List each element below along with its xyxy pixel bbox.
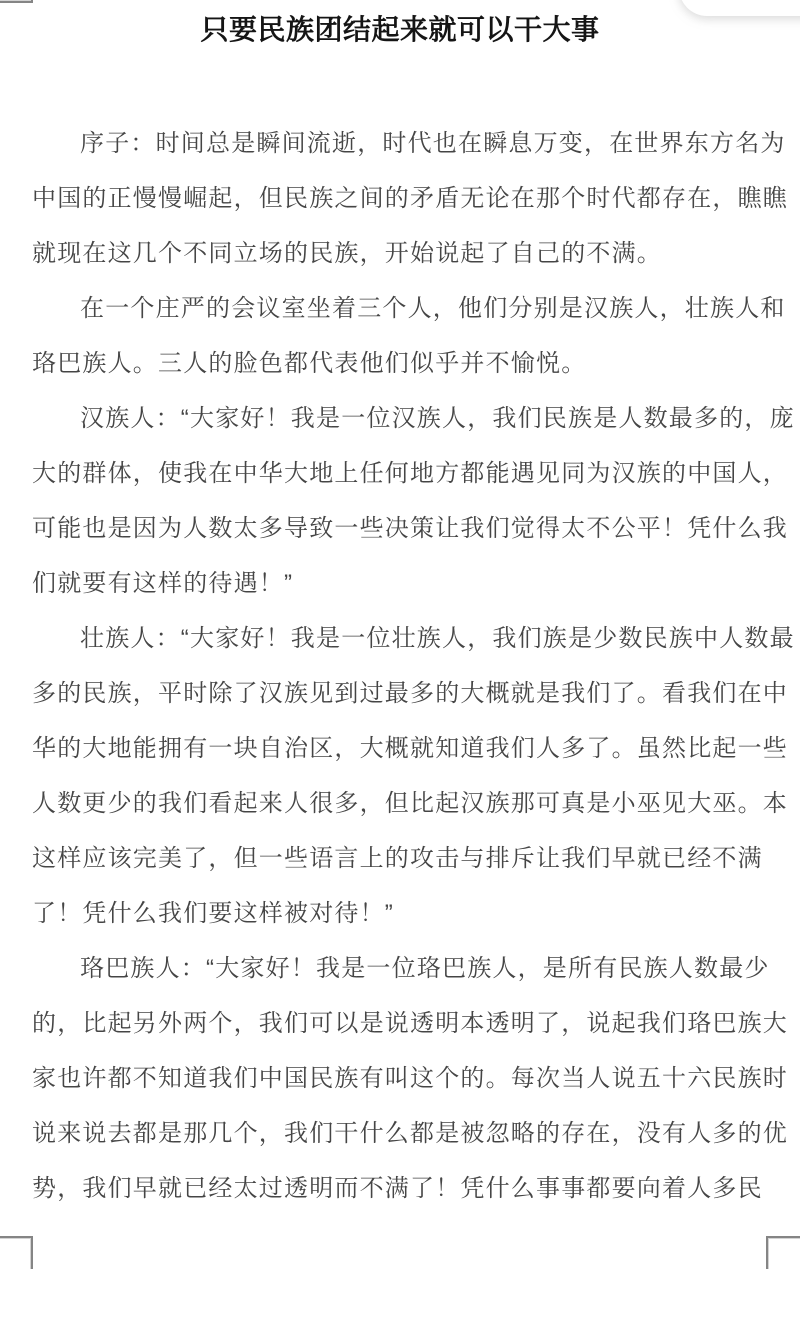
text-line: 多的民族，平时除了汉族见到过最多的大概就是我们了。看我们在中 xyxy=(32,666,794,721)
text-line: 家也许都不知道我们中国民族有叫这个的。每次当人说五十六民族时 xyxy=(32,1051,794,1106)
text-line: 了！凭什么我们要这样被对待！” xyxy=(32,886,794,941)
text-line: 序子：时间总是瞬间流逝，时代也在瞬息万变，在世界东方名为 xyxy=(32,116,794,171)
text-line: 中国的正慢慢崛起，但民族之间的矛盾无论在那个时代都存在，瞧瞧 xyxy=(32,171,794,226)
text-line: 人数更少的我们看起来人很多，但比起汉族那可真是小巫见大巫。本 xyxy=(32,776,794,831)
text-line: 汉族人：“大家好！我是一位汉族人，我们民族是人数最多的，庞 xyxy=(32,391,794,446)
text-line: 大的群体，使我在中华大地上任何地方都能遇见同为汉族的中国人， xyxy=(32,446,794,501)
text-line: 说来说去都是那几个，我们干什么都是被忽略的存在，没有人多的优 xyxy=(32,1106,794,1161)
text-line: 这样应该完美了，但一些语言上的攻击与排斥让我们早就已经不满 xyxy=(32,831,794,886)
text-boundary-mark-top-left xyxy=(0,0,33,3)
text-line: 珞巴族人：“大家好！我是一位珞巴族人，是所有民族人数最少 xyxy=(32,941,794,996)
text-line: 华的大地能拥有一块自治区，大概就知道我们人多了。虽然比起一些 xyxy=(32,721,794,776)
text-line: 就现在这几个不同立场的民族，开始说起了自己的不满。 xyxy=(32,226,794,281)
text-line: 们就要有这样的待遇！” xyxy=(32,556,794,611)
document-title: 只要民族团结起来就可以干大事 xyxy=(0,10,800,50)
text-boundary-mark-bottom-right xyxy=(766,1236,800,1269)
text-line: 在一个庄严的会议室坐着三个人，他们分别是汉族人，壮族人和 xyxy=(32,281,794,336)
text-line: 可能也是因为人数太多导致一些决策让我们觉得太不公平！凭什么我 xyxy=(32,501,794,556)
document-body: 序子：时间总是瞬间流逝，时代也在瞬息万变，在世界东方名为中国的正慢慢崛起，但民族… xyxy=(32,116,794,1216)
text-line: 的，比起另外两个，我们可以是说透明本透明了，说起我们珞巴族大 xyxy=(32,996,794,1051)
document-page: { "document": { "title": "只要民族团结起来就可以干大事… xyxy=(0,0,800,1340)
text-line: 珞巴族人。三人的脸色都代表他们似乎并不愉悦。 xyxy=(32,336,794,391)
text-line: 势，我们早就已经太过透明而不满了！凭什么事事都要向着人多民 xyxy=(32,1161,794,1216)
text-line: 壮族人：“大家好！我是一位壮族人，我们族是少数民族中人数最 xyxy=(32,611,794,666)
text-boundary-mark-bottom-left xyxy=(0,1236,33,1269)
